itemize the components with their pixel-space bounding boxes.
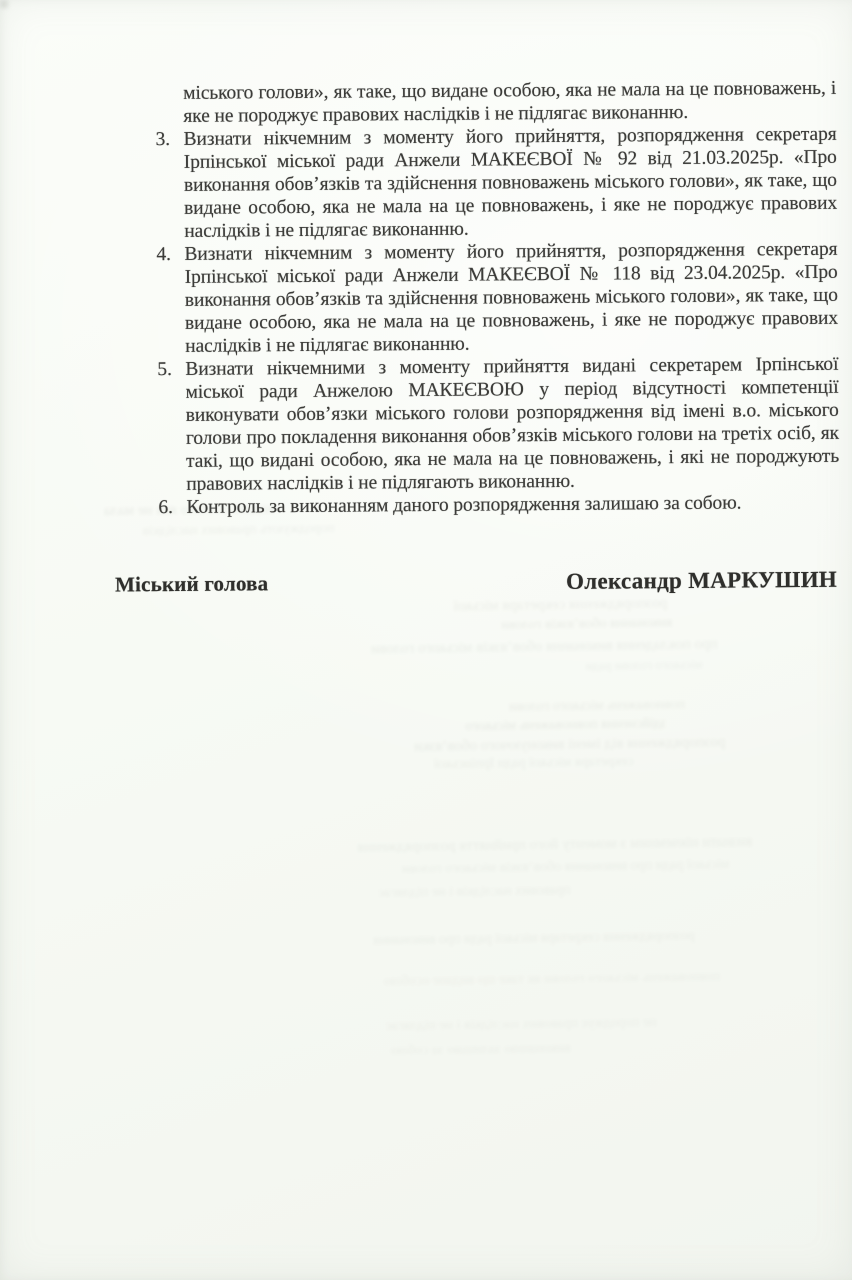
list-item-number: 4. xyxy=(156,243,180,266)
bleedthrough-ghost-line: здійснення повноважень міського xyxy=(361,716,666,737)
list-item-text: Контроль за виконанням даного розпорядже… xyxy=(186,493,741,518)
list-item-number: 5. xyxy=(157,358,181,381)
list-item-3: 3. Визнати нікчемним з моменту його прий… xyxy=(183,123,837,243)
bleedthrough-ghost-line: породжують правових наслідків xyxy=(120,521,335,540)
bleedthrough-ghost-line: повноважень міського голови як таке що в… xyxy=(258,969,720,992)
paragraph-continuation: міського голови», як таке, що видане осо… xyxy=(183,77,836,128)
bleedthrough-ghost-line: розпорядження секретаря міської xyxy=(417,595,667,616)
signature-name: Олександр МАРКУШИН xyxy=(566,567,837,595)
scan-tilt-layer: міського голови», як таке, що видане осо… xyxy=(0,0,852,1280)
bleedthrough-ghost-line: про покладення виконання обов’язків місь… xyxy=(247,636,717,660)
bleedthrough-ghost-line: виконання обов’язків голови xyxy=(434,615,672,635)
list-item-4: 4. Визнати нікчемним з моменту його прий… xyxy=(184,238,838,358)
list-item-number: 3. xyxy=(155,128,179,151)
bleedthrough-ghost-line: повноважень міського голови xyxy=(423,697,685,717)
bleedthrough-ghost-line: міського голови ради xyxy=(523,656,703,675)
list-item-6: 6. Контроль за виконанням даного розпоря… xyxy=(186,491,839,519)
scanned-document-page: міського голови», як таке, що видане осо… xyxy=(0,0,852,1280)
list-item-text: Визнати нікчемним з моменту його прийнят… xyxy=(183,124,837,242)
list-item-5: 5. Визнати нікчемними з моменту прийнятт… xyxy=(185,353,839,496)
list-item-number: 6. xyxy=(158,496,182,519)
list-item-text: Визнати нікчемним з моменту його прийнят… xyxy=(184,239,838,357)
bleedthrough-ghost-line: секретаря міської ради Ірпінської xyxy=(251,754,633,776)
bleedthrough-ghost-line: визнати нікчемним з моменту його прийнят… xyxy=(247,834,752,858)
bleedthrough-ghost-line: правових наслідків і не підлягає xyxy=(228,883,570,904)
bleedthrough-ghost-line: розпорядження від імені виконуючого обов… xyxy=(301,734,725,757)
bleedthrough-ghost-text-layer: видані особою яка не малапороджують прав… xyxy=(0,0,849,3)
signature-position-title: Міський голова xyxy=(115,571,268,597)
bleedthrough-ghost-line: міської ради про виконання обов’язків мі… xyxy=(237,857,729,880)
list-item-text: Визнати нікчемними з моменту прийняття в… xyxy=(185,354,839,495)
bleedthrough-ghost-line: розпорядження секретаря міської ради про… xyxy=(253,928,695,951)
bleedthrough-ghost-line: не породжує правових наслідків і не підл… xyxy=(254,1015,656,1037)
signature-block: Міський голова Олександр МАРКУШИН xyxy=(115,567,837,599)
bleedthrough-ghost-line: виконанню залишаю за собою xyxy=(249,1041,571,1062)
document-body: міського голови», як таке, що видане осо… xyxy=(183,77,839,519)
